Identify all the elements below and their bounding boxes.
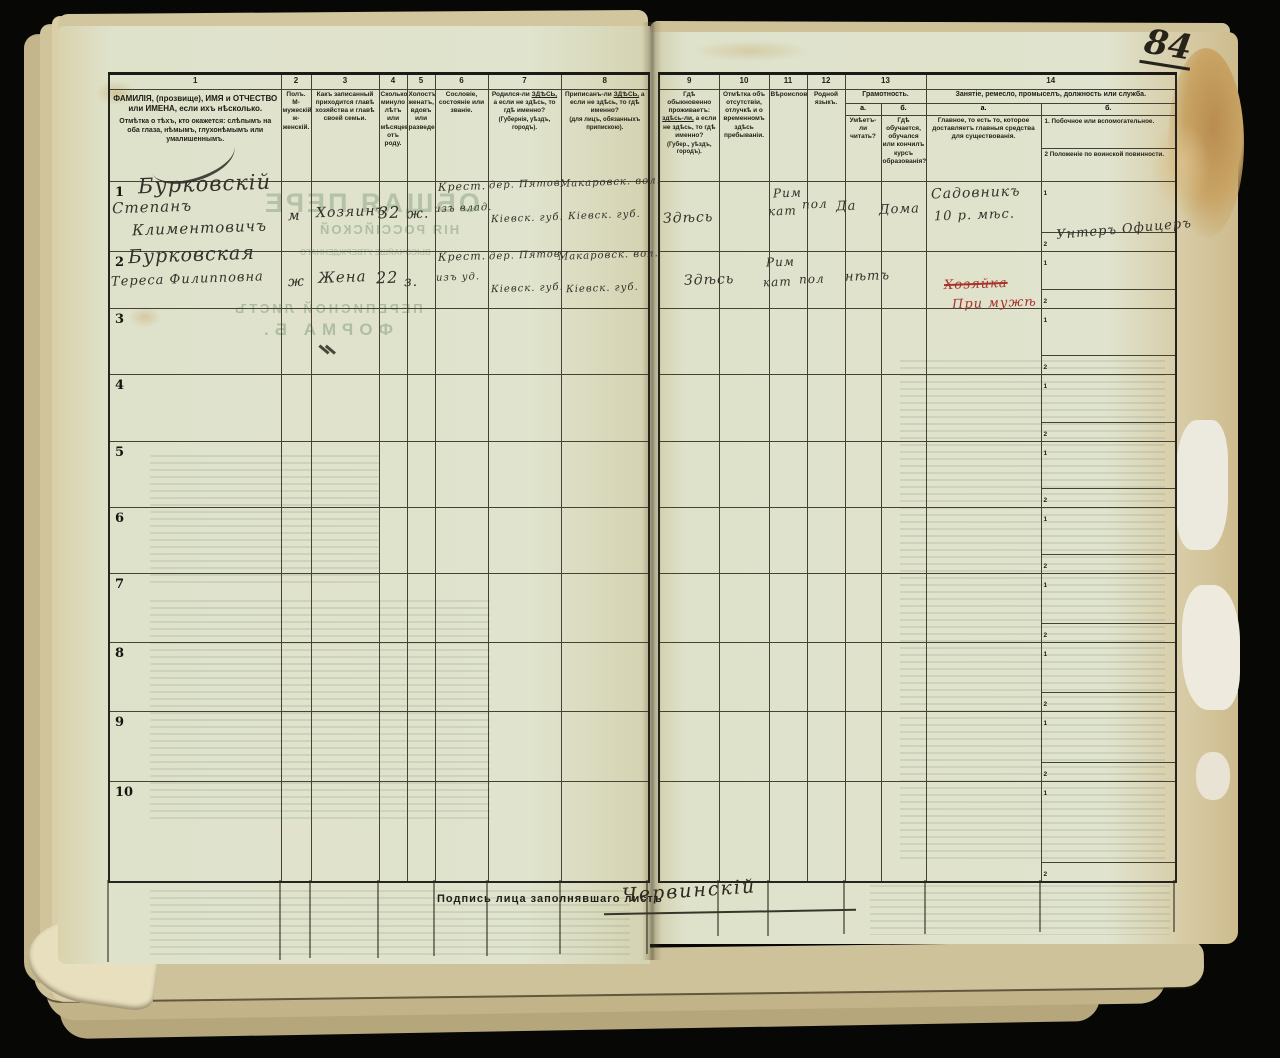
cell	[845, 574, 881, 643]
column-number: 14	[926, 74, 1176, 90]
cell	[881, 375, 926, 442]
cell	[807, 375, 845, 442]
cell	[845, 643, 881, 712]
entry-sex: м	[288, 208, 301, 224]
row-number: 5	[115, 445, 124, 460]
cell	[926, 643, 1041, 712]
cell	[659, 712, 719, 782]
cell	[881, 309, 926, 375]
row-number: 7	[115, 577, 124, 592]
entry-religion: кат	[768, 204, 797, 219]
cell	[311, 574, 379, 643]
entry-marital: ж.	[407, 206, 430, 223]
cell	[488, 782, 561, 882]
entry-age: 32	[378, 203, 401, 223]
column-header-side-occupation: 1. Побочное или вспомогательное.2 Положе…	[1041, 116, 1176, 182]
bleedthrough-paragraph	[870, 885, 1170, 935]
cell	[845, 712, 881, 782]
column-number: 10	[719, 74, 769, 90]
cell	[659, 309, 719, 375]
table-row: 12	[659, 252, 1176, 309]
cell	[881, 508, 926, 574]
cell: 8	[109, 643, 281, 712]
cell	[926, 375, 1041, 442]
cell	[407, 508, 435, 574]
column-header-marital: Холостъ, женатъ, вдовъ или разведенъ.	[407, 90, 435, 182]
row-number: 8	[115, 646, 124, 661]
occupation-sub-b: б.	[1041, 104, 1176, 116]
entry-religion: кат	[763, 275, 792, 290]
cell: 10	[109, 782, 281, 882]
cell	[311, 442, 379, 508]
literacy-sub-a: а.	[845, 104, 881, 116]
cell	[379, 643, 407, 712]
cell	[769, 574, 807, 643]
column-number: 12	[807, 74, 845, 90]
cell	[435, 782, 488, 882]
cell	[435, 442, 488, 508]
column-number: 5	[407, 74, 435, 90]
cell	[311, 643, 379, 712]
column-header-birthplace: Родился-ли ЗДѢСЬ, а если не здѣсь, то гд…	[488, 90, 561, 182]
table-row: 4	[109, 375, 649, 442]
cell	[926, 574, 1041, 643]
cell	[659, 508, 719, 574]
header-row: Гдѣ обыкновенно проживаетъ: здѣсь-ли, а …	[659, 90, 1176, 104]
cell	[561, 375, 649, 442]
entry-estate: Крест.	[438, 179, 487, 194]
cell	[807, 643, 845, 712]
column-header-relation: Какъ записанный приходится главѣ хозяйст…	[311, 90, 379, 182]
entry-education: Дома	[879, 201, 920, 217]
column-number-row: 1 2 3 4 5 6 7 8	[109, 74, 649, 90]
paper-stain	[690, 40, 810, 62]
cell	[881, 712, 926, 782]
column-header-main-occupation: Главное, то есть то, которое доставляетъ…	[926, 116, 1041, 182]
cell	[311, 712, 379, 782]
table-row: 12	[659, 442, 1176, 508]
cell	[435, 375, 488, 442]
cell	[407, 375, 435, 442]
entry-residence: Здѣсь	[684, 271, 735, 289]
cell	[561, 309, 649, 375]
entry-relation: Хозяинъ	[316, 203, 386, 221]
cell: 12	[1041, 712, 1176, 782]
entry-occupation-correction: При мужѣ	[952, 295, 1037, 313]
rule-tail	[107, 880, 109, 962]
rule-tail	[279, 880, 281, 960]
cell: 12	[1041, 574, 1176, 643]
column-number: 1	[109, 74, 281, 90]
cell	[659, 574, 719, 643]
cell	[845, 782, 881, 883]
table-row: 8	[109, 643, 649, 712]
column-number: 11	[769, 74, 807, 90]
cell	[845, 442, 881, 508]
cell: 7	[109, 574, 281, 643]
census-table-right: 9 10 11 12 13 14 Гдѣ обыкновенно прожива…	[658, 72, 1177, 883]
cell	[435, 643, 488, 712]
cell	[881, 643, 926, 712]
cell	[561, 508, 649, 574]
column-number: 3	[311, 74, 379, 90]
cell	[926, 782, 1041, 883]
column-header-sex: Полъ. М-мужескій. ж-женскій.	[281, 90, 311, 182]
cell: 12	[1041, 508, 1176, 574]
cell	[719, 712, 769, 782]
cell	[407, 309, 435, 375]
cell	[769, 442, 807, 508]
cell	[807, 508, 845, 574]
cell	[379, 508, 407, 574]
cell	[769, 309, 807, 375]
cell	[719, 574, 769, 643]
column-header-education: Гдѣ обучается, обучался или кончилъ курс…	[881, 116, 926, 182]
table-row: 12	[659, 182, 1176, 252]
entry-residence: Здѣсь	[663, 209, 714, 227]
entry-religion: Рим	[766, 255, 795, 270]
column-number: 9	[659, 74, 719, 90]
cell	[881, 782, 926, 883]
cell	[281, 442, 311, 508]
column-header-absence: Отмѣтка объ отсутствіи, отлучкѣ и о врем…	[719, 90, 769, 182]
entry-marital: з.	[404, 274, 419, 290]
column-header-language: Родной языкъ.	[807, 90, 845, 182]
cell: 6	[109, 508, 281, 574]
cell: 12	[1041, 375, 1176, 442]
rule-tail	[1039, 880, 1041, 932]
row-number: 9	[115, 715, 124, 730]
entry-reads: Да	[836, 199, 857, 215]
cell	[926, 712, 1041, 782]
cell	[281, 375, 311, 442]
cell: 12	[1041, 782, 1176, 883]
column-number: 4	[379, 74, 407, 90]
table-row: 7	[109, 574, 649, 643]
entry-age: 22	[376, 268, 399, 288]
table-row: 12	[659, 508, 1176, 574]
cell	[769, 712, 807, 782]
row-number: 2	[115, 255, 124, 270]
cell	[407, 782, 435, 882]
cell	[719, 375, 769, 442]
cell: 3	[109, 309, 281, 375]
rule-tail	[767, 880, 769, 936]
cell	[769, 643, 807, 712]
row-number: 6	[115, 511, 124, 526]
cell	[435, 309, 488, 375]
table-row: 12	[659, 574, 1176, 643]
cell	[769, 508, 807, 574]
cell	[407, 712, 435, 782]
cell	[719, 182, 769, 252]
cell: 4	[109, 375, 281, 442]
page-number-handwritten: 84	[1139, 24, 1196, 71]
cell	[311, 508, 379, 574]
table-row: 10	[109, 782, 649, 882]
cell	[659, 442, 719, 508]
entry-language: пол	[802, 197, 828, 212]
table-row: 6	[109, 508, 649, 574]
cell	[435, 712, 488, 782]
cell: 12	[1041, 309, 1176, 375]
cell	[807, 309, 845, 375]
row-number: 3	[115, 312, 124, 327]
column-number: 13	[845, 74, 926, 90]
column-number: 8	[561, 74, 649, 90]
cell	[926, 442, 1041, 508]
cell	[311, 782, 379, 882]
column-header-registration: Приписанъ-ли ЗДѢСЬ, а если не здѣсь, то …	[561, 90, 649, 182]
cell: 12	[1041, 252, 1176, 309]
table-row: 12	[659, 643, 1176, 712]
cell	[926, 508, 1041, 574]
paper-damage-patch	[1182, 585, 1240, 710]
rule-tail	[433, 880, 435, 956]
cell	[719, 782, 769, 883]
row-number: 4	[115, 378, 124, 393]
cell	[281, 309, 311, 375]
cell	[281, 782, 311, 882]
entry-occupation: 10 р. мѣс.	[934, 207, 1015, 225]
cell	[435, 508, 488, 574]
cell	[379, 782, 407, 882]
column-number: 6	[435, 74, 488, 90]
census-ledger-photo: ОБЩАЯ ПЕРЕ НІЯ РОССІЙСКОЙ ВЫСОЧАЙШЕ УТВЕ…	[0, 0, 1280, 1058]
entry-estate: Крест.	[438, 249, 487, 264]
cell	[807, 782, 845, 883]
cell	[407, 574, 435, 643]
cell	[845, 375, 881, 442]
entry-language: пол	[799, 272, 825, 287]
cell	[407, 643, 435, 712]
paper-damage-patch	[1176, 420, 1228, 550]
cell	[281, 574, 311, 643]
cell	[769, 782, 807, 883]
entry-religion: Рим	[773, 186, 802, 201]
cell	[561, 712, 649, 782]
rule-tail	[1173, 880, 1175, 932]
entry-reads: нѣтъ	[845, 268, 891, 285]
column-number: 7	[488, 74, 561, 90]
entry-sex: ж	[288, 274, 305, 291]
cell	[719, 508, 769, 574]
cell	[719, 309, 769, 375]
cell	[561, 782, 649, 882]
cell	[845, 309, 881, 375]
rule-tail	[924, 880, 926, 934]
row-number: 10	[115, 785, 133, 800]
column-header-reads: Умѣетъ-ли читать?	[845, 116, 881, 182]
cell	[807, 442, 845, 508]
column-header-residence: Гдѣ обыкновенно проживаетъ: здѣсь-ли, а …	[659, 90, 719, 182]
table-row: 12	[659, 782, 1176, 883]
cell	[379, 309, 407, 375]
cell: 5	[109, 442, 281, 508]
cell	[807, 574, 845, 643]
rule-tail	[309, 880, 311, 958]
column-header-age: Сколько минуло лѣтъ или мѣсяцевъ отъ род…	[379, 90, 407, 182]
cell	[488, 309, 561, 375]
entry-estate: изъ уд.	[436, 271, 480, 284]
cell	[379, 712, 407, 782]
cell	[311, 375, 379, 442]
cell	[881, 574, 926, 643]
cell: 9	[109, 712, 281, 782]
table-row: 12	[659, 375, 1176, 442]
table-row: 5	[109, 442, 649, 508]
entry-first-name: Степанъ	[112, 197, 193, 218]
cell	[807, 712, 845, 782]
cell	[311, 309, 379, 375]
cell	[719, 442, 769, 508]
cell	[488, 574, 561, 643]
occupation-group-header: Занятіе, ремесло, промыселъ, должность и…	[926, 90, 1176, 104]
table-row: 3	[109, 309, 649, 375]
cell	[488, 508, 561, 574]
cell	[488, 712, 561, 782]
cell	[659, 375, 719, 442]
column-header-estate: Сословіе, состояніе или званіе.	[435, 90, 488, 182]
cell	[561, 442, 649, 508]
cell	[561, 574, 649, 643]
cell	[769, 375, 807, 442]
entry-occupation-struck: Хозяйка	[944, 276, 1008, 293]
rule-tail	[843, 880, 845, 934]
cell	[488, 375, 561, 442]
cell	[561, 643, 649, 712]
cell	[845, 182, 881, 252]
entry-surname: Бурковскій	[138, 170, 272, 199]
cell	[659, 643, 719, 712]
rule-tail	[377, 880, 379, 958]
table-row: 12	[659, 309, 1176, 375]
cell: 12	[1041, 442, 1176, 508]
cell	[281, 712, 311, 782]
rule-tail	[486, 880, 488, 956]
row-number: 1	[115, 185, 124, 200]
cell	[659, 782, 719, 883]
cell	[379, 574, 407, 643]
cell: 12	[1041, 643, 1176, 712]
cell	[488, 442, 561, 508]
literacy-sub-b: б.	[881, 104, 926, 116]
paper-damage-patch	[1196, 752, 1230, 800]
cell	[379, 375, 407, 442]
entry-estate: изъ влад.	[434, 202, 493, 215]
occupation-sub-a: а.	[926, 104, 1041, 116]
cell	[281, 643, 311, 712]
table-row: 9	[109, 712, 649, 782]
cell	[881, 442, 926, 508]
cell	[807, 182, 845, 252]
cell	[926, 309, 1041, 375]
cell	[435, 574, 488, 643]
cell	[488, 643, 561, 712]
cell	[845, 508, 881, 574]
column-header-religion: Вѣроисповѣданіе.	[769, 90, 807, 182]
column-number-row: 9 10 11 12 13 14	[659, 74, 1176, 90]
cell	[379, 442, 407, 508]
entry-surname: Бурковская	[128, 242, 256, 268]
literacy-group-header: Грамотность.	[845, 90, 926, 104]
rule-tail	[559, 880, 561, 954]
cell	[281, 508, 311, 574]
entry-relation: Жена	[318, 267, 367, 287]
cell	[407, 442, 435, 508]
table-row: 12	[659, 712, 1176, 782]
cell	[719, 643, 769, 712]
column-number: 2	[281, 74, 311, 90]
entry-occupation: Садовникъ	[931, 183, 1021, 202]
